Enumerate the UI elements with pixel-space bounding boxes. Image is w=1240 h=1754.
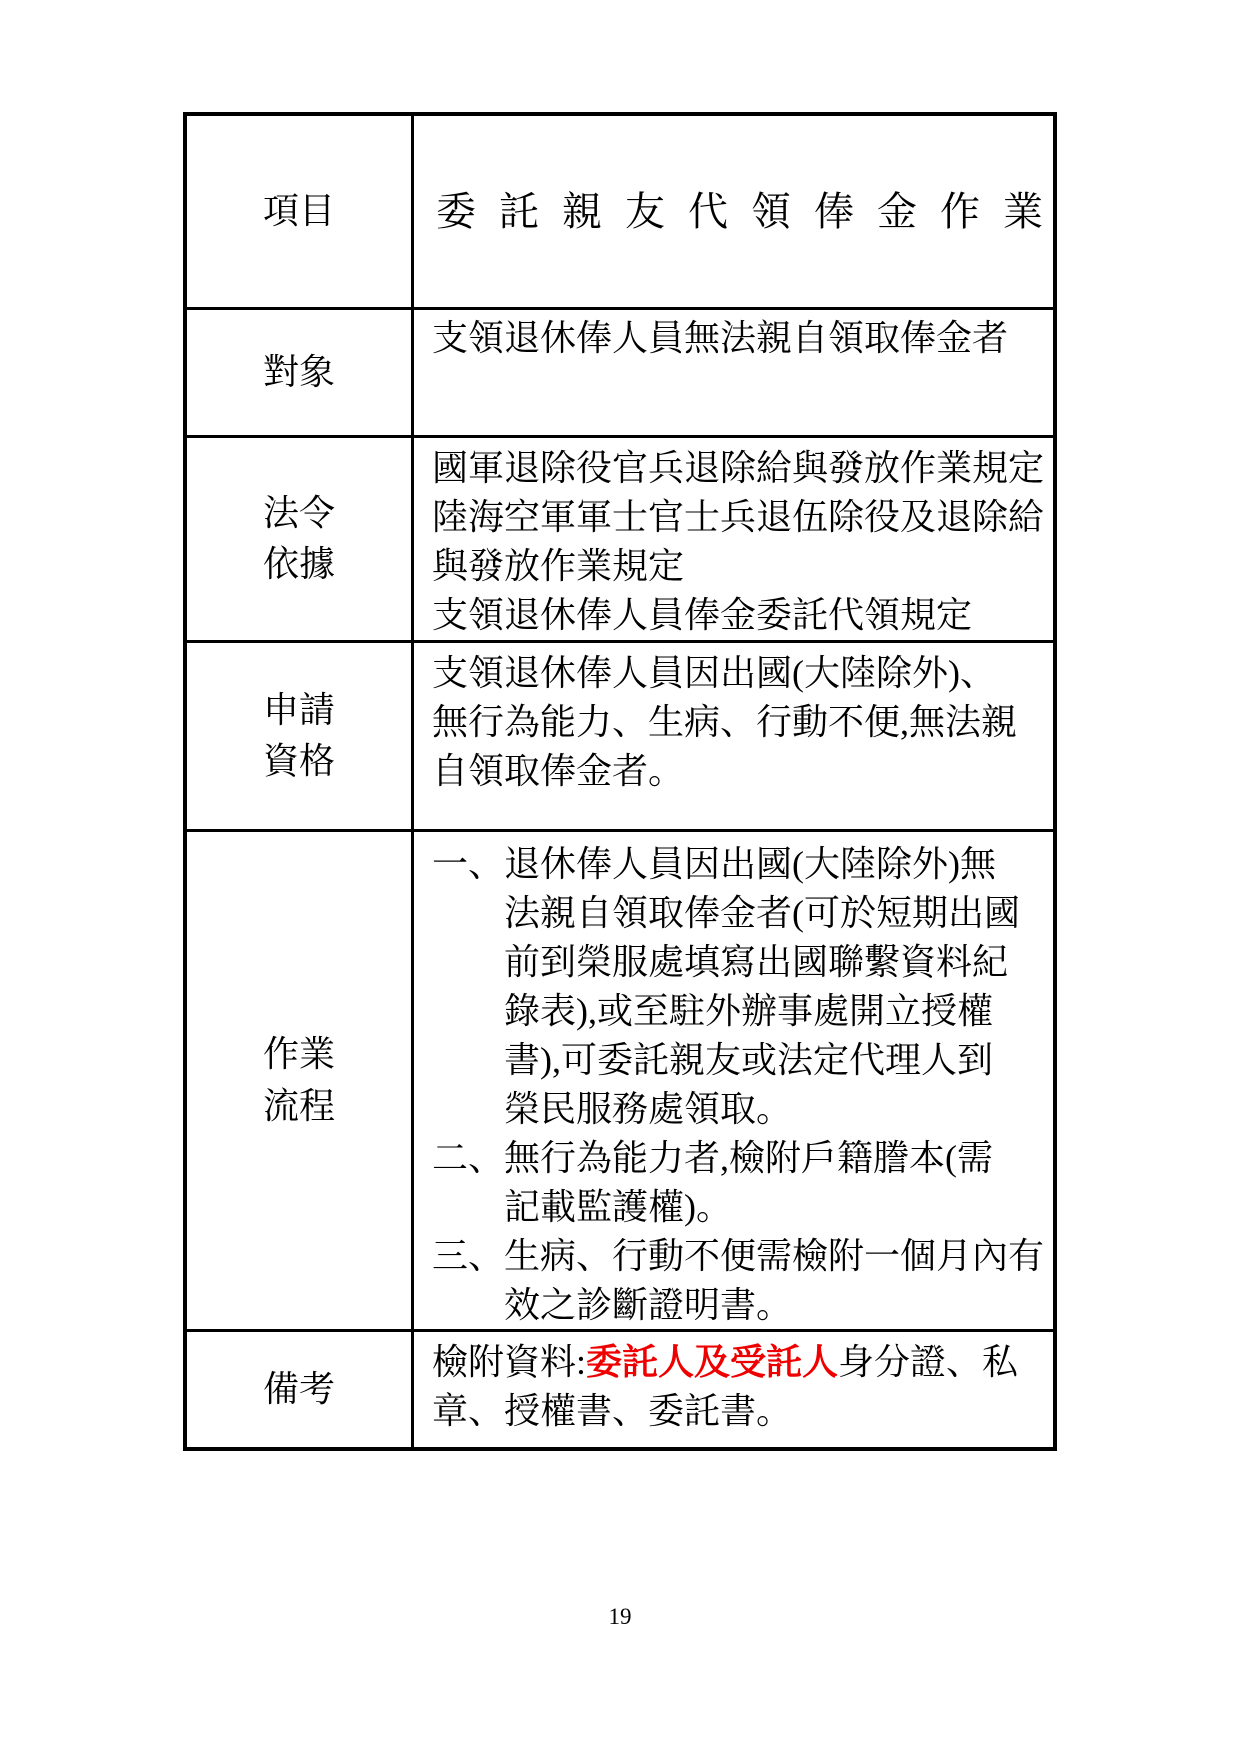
row-content-remarks: 檢附資料:委託人及受託人身分證、私 章、授權書、委託書。 xyxy=(414,1332,1053,1447)
document-page: 項目 委託親友代領俸金作業 對象 支領退休俸人員無法親自領取俸金者 法令 依據 … xyxy=(0,0,1240,1754)
row-label-remarks: 備考 xyxy=(187,1332,414,1447)
row-content-item: 委託親友代領俸金作業 xyxy=(414,116,1053,307)
remarks-highlighted-text: 委託人及受託人 xyxy=(586,1342,838,1382)
row-content-legal-basis: 國軍退除役官兵退除給與發放作業規定 陸海空軍軍士官士兵退伍除役及退除給 與發放作… xyxy=(414,438,1053,640)
table-row-procedure: 作業 流程 一、退休俸人員因出國(大陸除外)無 法親自領取俸金者(可於短期出國 … xyxy=(187,832,1053,1332)
table-row-item: 項目 委託親友代領俸金作業 xyxy=(187,116,1053,310)
row-label-item: 項目 xyxy=(187,116,414,307)
page-number: 19 xyxy=(0,1602,1240,1632)
table-title-text: 委託親友代領俸金作業 xyxy=(436,187,1053,236)
row-content-procedure: 一、退休俸人員因出國(大陸除外)無 法親自領取俸金者(可於短期出國 前到榮服處填… xyxy=(414,832,1053,1329)
table-row-legal-basis: 法令 依據 國軍退除役官兵退除給與發放作業規定 陸海空軍軍士官士兵退伍除役及退除… xyxy=(187,438,1053,643)
row-label-legal-basis: 法令 依據 xyxy=(187,438,414,640)
row-content-eligibility: 支領退休俸人員因出國(大陸除外)、 無行為能力、生病、行動不便,無法親 自領取俸… xyxy=(414,643,1053,829)
remarks-prefix-text: 檢附資料: xyxy=(432,1342,586,1382)
row-label-procedure: 作業 流程 xyxy=(187,832,414,1329)
table-row-target: 對象 支領退休俸人員無法親自領取俸金者 xyxy=(187,310,1053,438)
row-label-target: 對象 xyxy=(187,310,414,435)
table-row-eligibility: 申請 資格 支領退休俸人員因出國(大陸除外)、 無行為能力、生病、行動不便,無法… xyxy=(187,643,1053,832)
row-label-eligibility: 申請 資格 xyxy=(187,643,414,829)
row-content-target: 支領退休俸人員無法親自領取俸金者 xyxy=(414,310,1053,435)
procedure-table: 項目 委託親友代領俸金作業 對象 支領退休俸人員無法親自領取俸金者 法令 依據 … xyxy=(183,112,1057,1451)
table-row-remarks: 備考 檢附資料:委託人及受託人身分證、私 章、授權書、委託書。 xyxy=(187,1332,1053,1447)
